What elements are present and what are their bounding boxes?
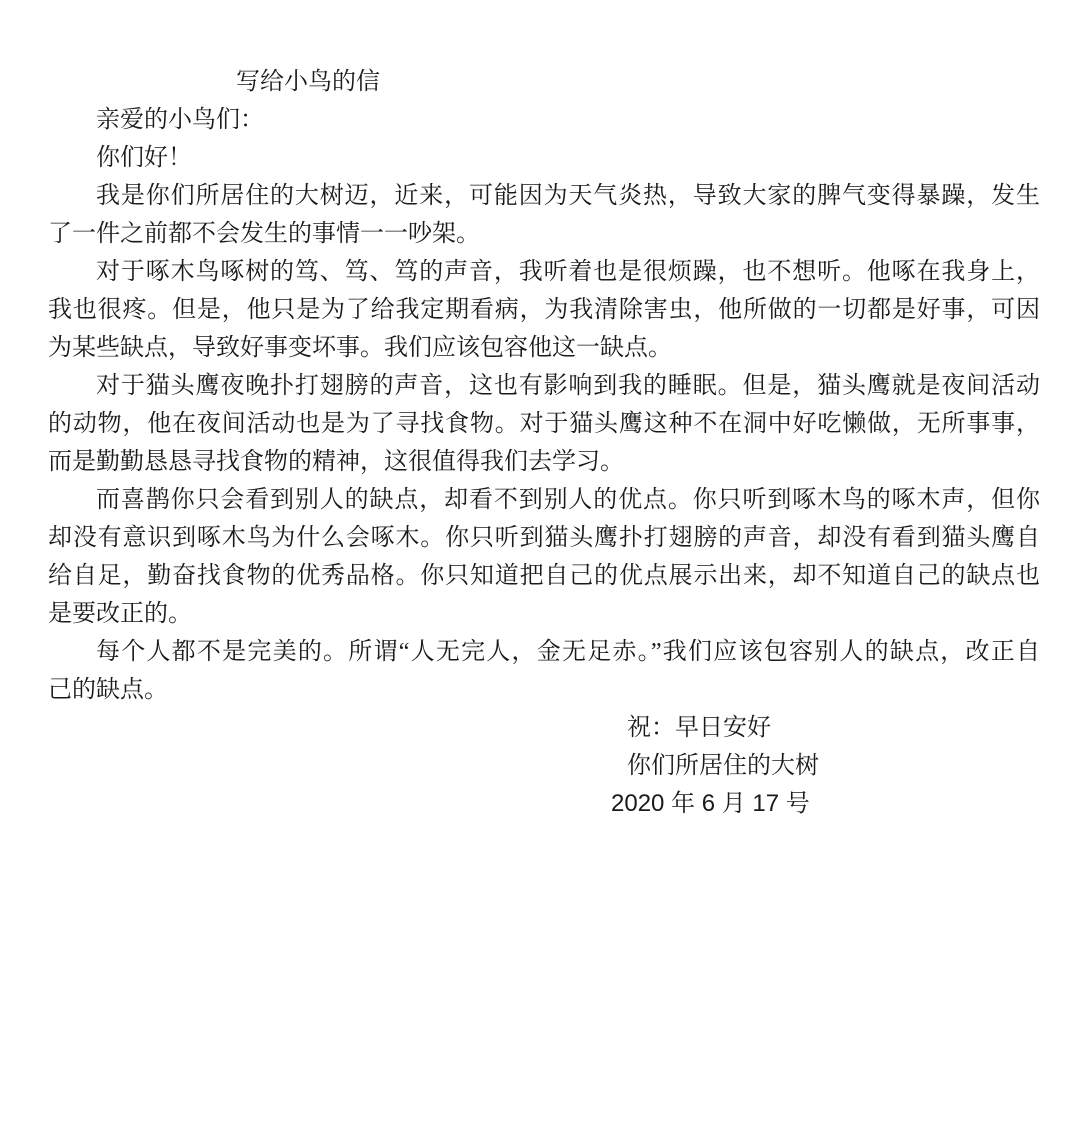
letter-closing-wish: 祝：早日安好 bbox=[48, 709, 1040, 747]
letter-line: 对于啄木鸟啄树的笃、笃、笃的声音，我听着也是很烦躁，也不想听。他啄在我身上， bbox=[48, 253, 1040, 291]
letter-greeting: 你们好！ bbox=[48, 139, 1040, 177]
letter-line: 给自足，勤奋找食物的优秀品格。你只知道把自己的优点展示出来，却不知道自己的缺点也 bbox=[48, 557, 1040, 595]
letter-line: 己的缺点。 bbox=[48, 671, 1040, 709]
letter-line: 而喜鹊你只会看到别人的缺点，却看不到别人的优点。你只听到啄木鸟的啄木声，但你 bbox=[48, 481, 1040, 519]
letter-paragraph-1: 我是你们所居住的大树迈，近来，可能因为天气炎热，导致大家的脾气变得暴躁，发生 了… bbox=[48, 177, 1040, 253]
letter-paragraph-4: 而喜鹊你只会看到别人的缺点，却看不到别人的优点。你只听到啄木鸟的啄木声，但你 却… bbox=[48, 481, 1040, 633]
letter-title: 写给小鸟的信 bbox=[48, 63, 1040, 101]
letter-paragraph-3: 对于猫头鹰夜晚扑打翅膀的声音，这也有影响到我的睡眠。但是，猫头鹰就是夜间活动 的… bbox=[48, 367, 1040, 481]
letter-body: 写给小鸟的信 亲爱的小鸟们： 你们好！ 我是你们所居住的大树迈，近来，可能因为天… bbox=[48, 63, 1040, 823]
letter-paragraph-2: 对于啄木鸟啄树的笃、笃、笃的声音，我听着也是很烦躁，也不想听。他啄在我身上， 我… bbox=[48, 253, 1040, 367]
letter-line: 的动物，他在夜间活动也是为了寻找食物。对于猫头鹰这种不在洞中好吃懒做，无所事事， bbox=[48, 405, 1040, 443]
letter-line: 每个人都不是完美的。所谓“人无完人，金无足赤。”我们应该包容别人的缺点，改正自 bbox=[48, 633, 1040, 671]
letter-closing-date: 2020 年 6 月 17 号 bbox=[48, 785, 1040, 823]
letter-line: 对于猫头鹰夜晚扑打翅膀的声音，这也有影响到我的睡眠。但是，猫头鹰就是夜间活动 bbox=[48, 367, 1040, 405]
letter-closing-signature: 你们所居住的大树 bbox=[48, 747, 1040, 785]
document-page: 写给小鸟的信 亲爱的小鸟们： 你们好！ 我是你们所居住的大树迈，近来，可能因为天… bbox=[0, 0, 1080, 1132]
letter-line: 而是勤勤恳恳寻找食物的精神，这很值得我们去学习。 bbox=[48, 443, 1040, 481]
letter-line: 却没有意识到啄木鸟为什么会啄木。你只听到猫头鹰扑打翅膀的声音，却没有看到猫头鹰自 bbox=[48, 519, 1040, 557]
letter-salutation: 亲爱的小鸟们： bbox=[48, 101, 1040, 139]
letter-line: 我也很疼。但是，他只是为了给我定期看病，为我清除害虫，他所做的一切都是好事，可因 bbox=[48, 291, 1040, 329]
letter-line: 我是你们所居住的大树迈，近来，可能因为天气炎热，导致大家的脾气变得暴躁，发生 bbox=[48, 177, 1040, 215]
letter-line: 为某些缺点，导致好事变坏事。我们应该包容他这一缺点。 bbox=[48, 329, 1040, 367]
letter-line: 是要改正的。 bbox=[48, 595, 1040, 633]
letter-paragraph-5: 每个人都不是完美的。所谓“人无完人，金无足赤。”我们应该包容别人的缺点，改正自 … bbox=[48, 633, 1040, 709]
letter-line: 了一件之前都不会发生的事情一一吵架。 bbox=[48, 215, 1040, 253]
